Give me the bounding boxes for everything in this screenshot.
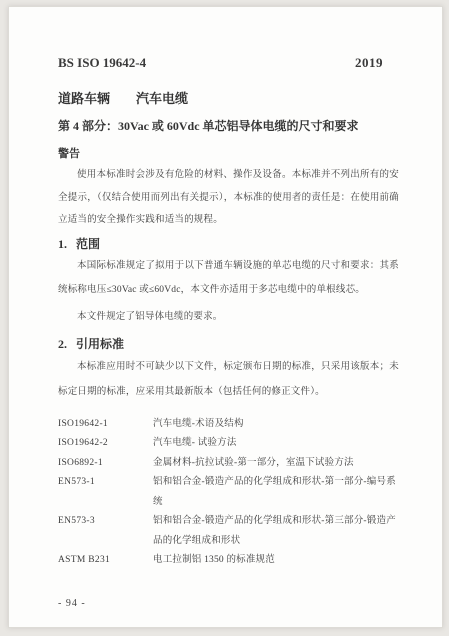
references-list: ISO19642-1 汽车电缆-术语及结构 ISO19642-2 汽车电缆- 试… (58, 415, 399, 571)
reference-title: 汽车电缆- 试验方法 (153, 434, 399, 454)
reference-title: 汽车电缆-术语及结构 (153, 415, 399, 435)
section-1-heading: 1.范围 (58, 236, 399, 252)
reference-title: 铝和铝合金-锻造产品的化学组成和形状-第三部分-锻造产品的化学组成和形状 (153, 512, 399, 551)
section-2-number: 2. (58, 336, 76, 352)
reference-code: ASTM B231 (58, 551, 153, 571)
section-2-heading: 2.引用标准 (58, 336, 399, 352)
section-1-paragraph-2: 本文件规定了铝导体电缆的要求。 (58, 305, 399, 329)
reference-row: EN573-3 铝和铝合金-锻造产品的化学组成和形状-第三部分-锻造产品的化学组… (58, 512, 399, 551)
standard-year: 2019 (355, 55, 399, 71)
reference-row: ISO6892-1 金属材料-抗拉试验-第一部分，室温下试验方法 (58, 454, 399, 474)
section-1-number: 1. (58, 236, 76, 252)
reference-title: 电工拉制铝 1350 的标准规范 (153, 551, 399, 571)
section-1-title: 范围 (76, 237, 100, 251)
document-title-line1: 道路车辆 汽车电缆 (58, 91, 399, 107)
warning-paragraph: 使用本标准时会涉及有危险的材料、操作及设备。本标准并不列出所有的安全提示，（仅结… (58, 164, 399, 232)
section-1-paragraph-1: 本国际标准规定了拟用于以下普通车辆设施的单芯电缆的尺寸和要求：其系统标称电压≤3… (58, 254, 399, 302)
reference-row: ISO19642-2 汽车电缆- 试验方法 (58, 434, 399, 454)
reference-row: ISO19642-1 汽车电缆-术语及结构 (58, 415, 399, 435)
reference-title: 金属材料-抗拉试验-第一部分，室温下试验方法 (153, 454, 399, 474)
document-title-line2: 第 4 部分：30Vac 或 60Vdc 单芯铝导体电缆的尺寸和要求 (58, 118, 399, 134)
reference-code: EN573-3 (58, 512, 153, 551)
document-page: BS ISO 19642-4 2019 道路车辆 汽车电缆 第 4 部分：30V… (8, 6, 443, 628)
standard-code: BS ISO 19642-4 (58, 55, 146, 71)
reference-row: ASTM B231 电工拉制铝 1350 的标准规范 (58, 551, 399, 571)
document-header: BS ISO 19642-4 2019 (58, 55, 399, 71)
reference-code: ISO19642-2 (58, 434, 153, 454)
reference-title: 铝和铝合金-锻造产品的化学组成和形状-第一部分-编号系统 (153, 473, 399, 512)
warning-heading: 警告 (58, 147, 399, 162)
reference-code: ISO19642-1 (58, 415, 153, 435)
section-2-title: 引用标准 (76, 337, 124, 351)
reference-code: EN573-1 (58, 473, 153, 512)
page-number: - 94 - (58, 597, 399, 611)
section-2-paragraph-1: 本标准应用时不可缺少以下文件，标定颁布日期的标准，只采用该版本；未标定日期的标准… (58, 355, 399, 405)
reference-code: ISO6892-1 (58, 454, 153, 474)
reference-row: EN573-1 铝和铝合金-锻造产品的化学组成和形状-第一部分-编号系统 (58, 473, 399, 512)
